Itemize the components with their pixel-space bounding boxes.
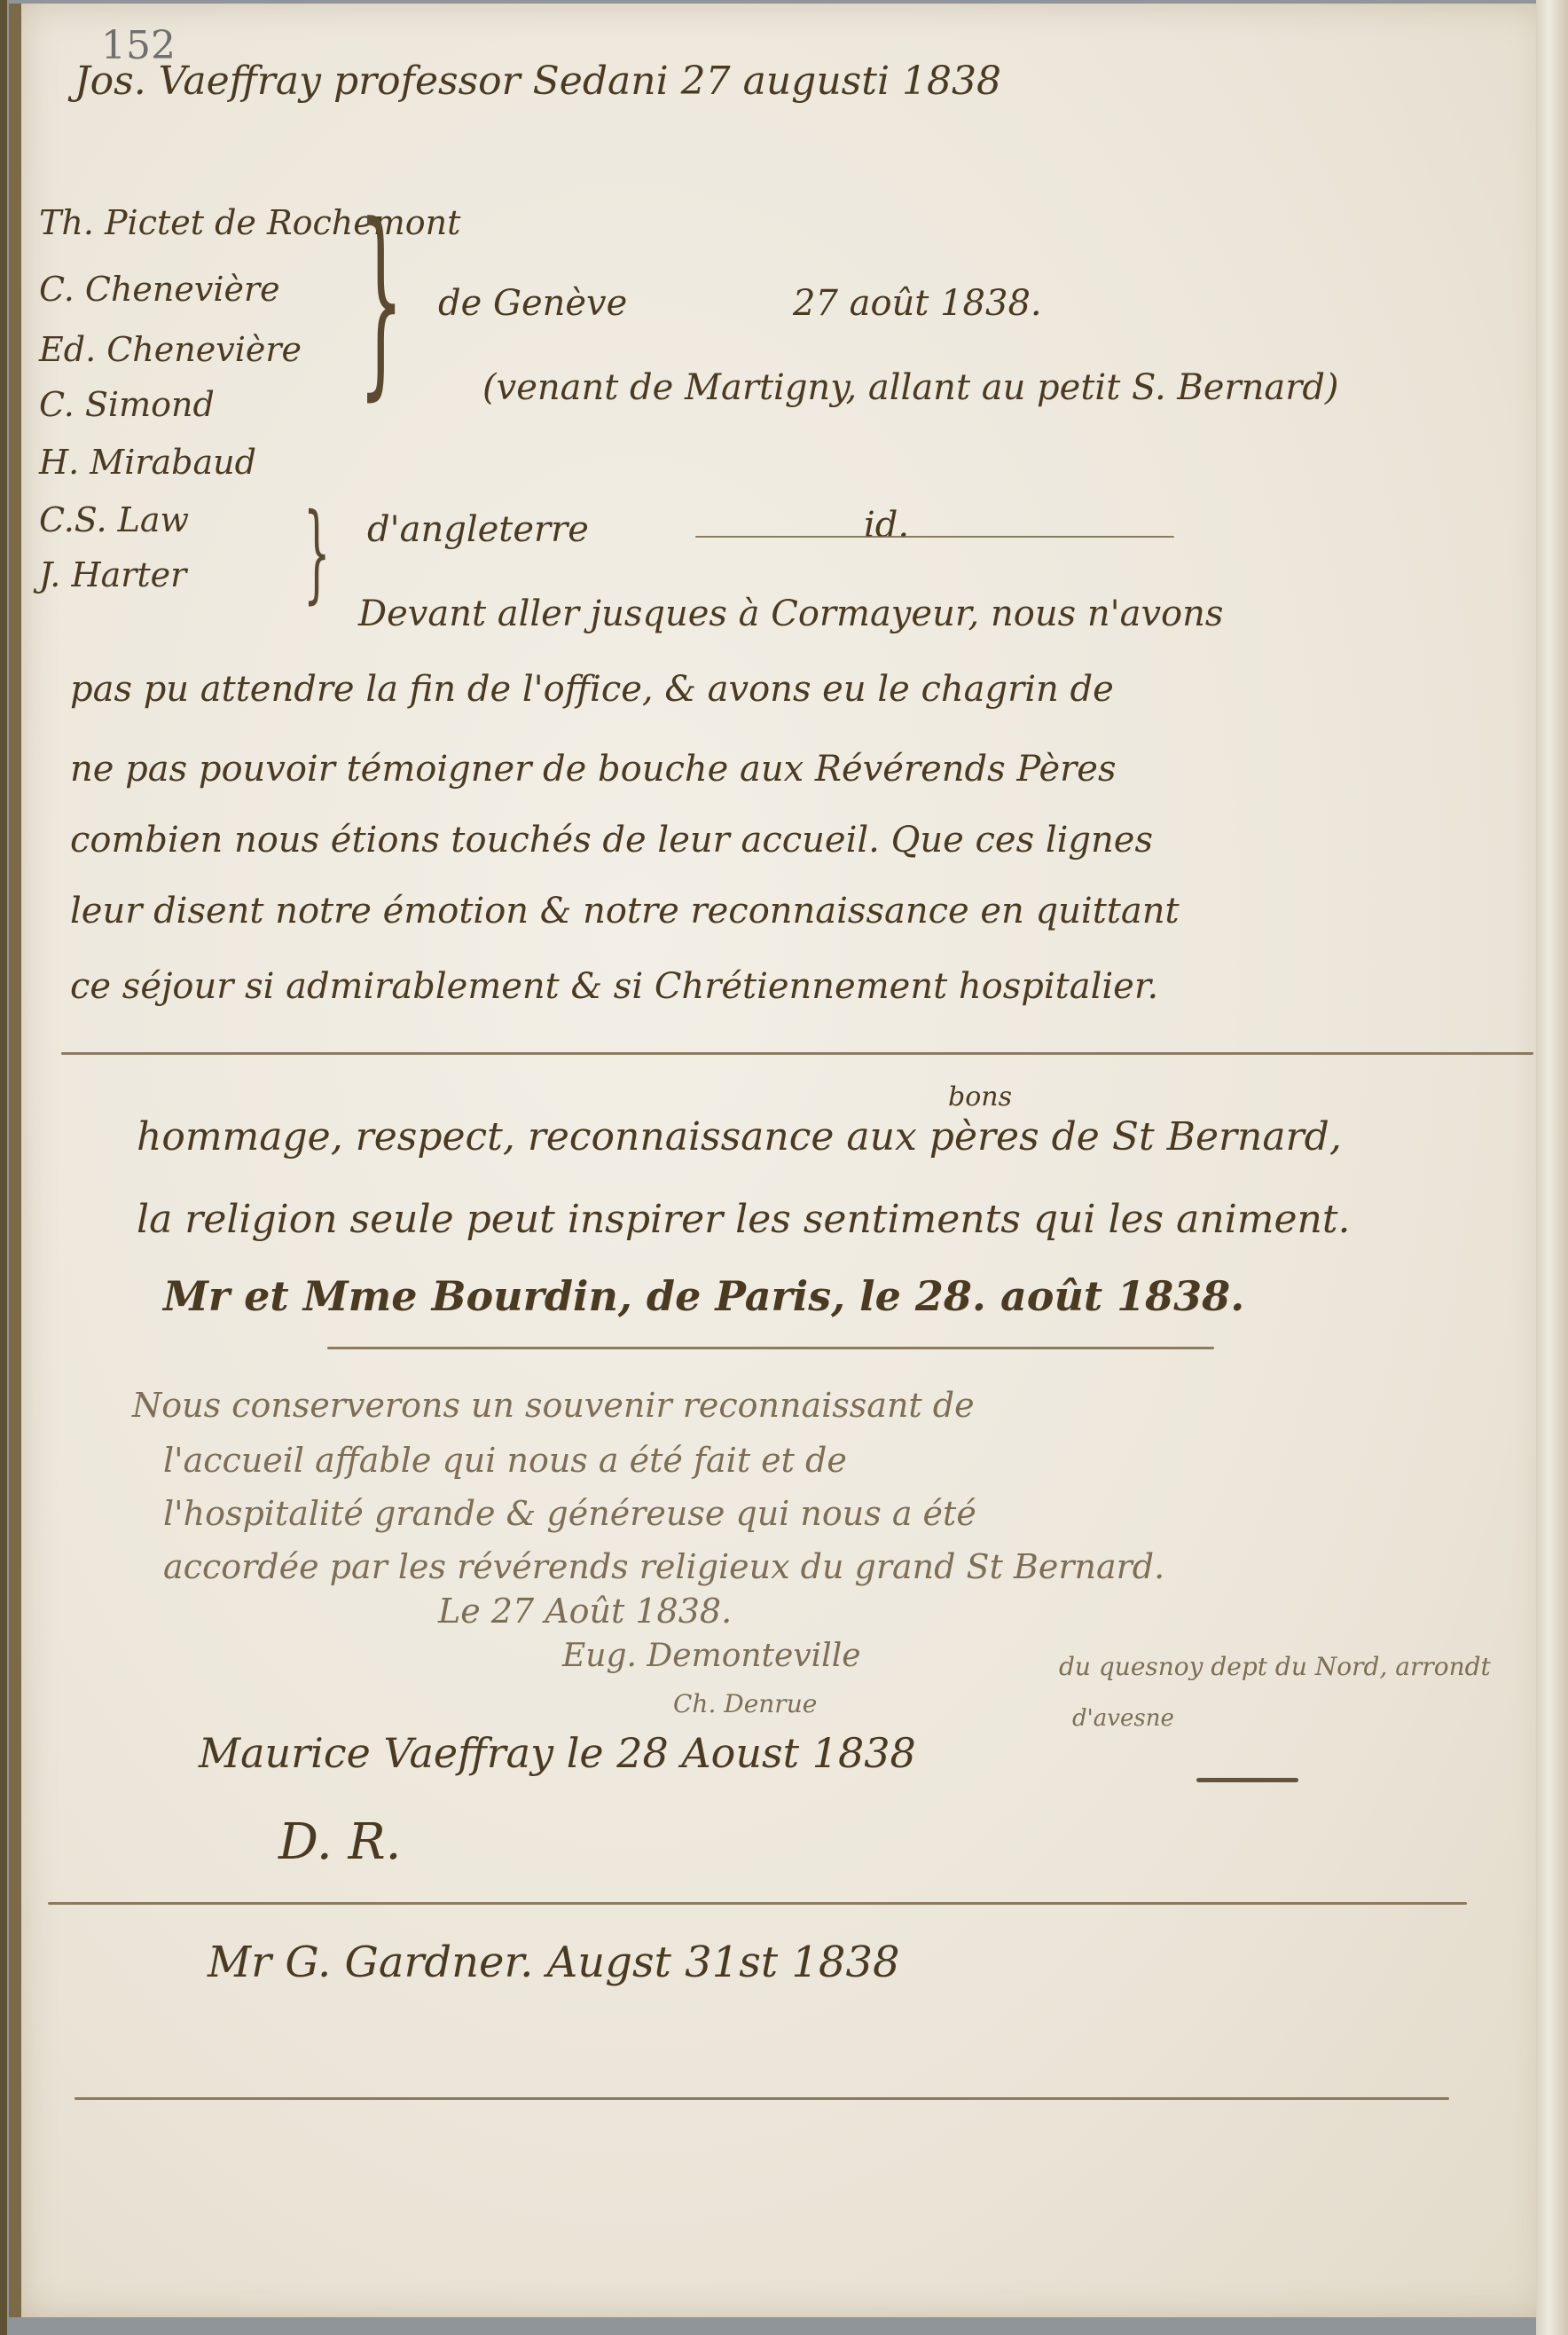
england-origin: d'angleterre: [367, 509, 589, 550]
text-line: hommage, respect, reconnaissance aux pèr…: [137, 1114, 1342, 1160]
signature-demonteville: Eug. Demonteville: [562, 1638, 861, 1674]
name-line: J. Harter: [39, 555, 186, 594]
geneva-note: (venant de Martigny, allant au petit S. …: [482, 367, 1339, 408]
entry-date: Le 27 Août 1838.: [438, 1592, 732, 1631]
name-line: C. Chenevière: [39, 270, 280, 309]
text-line: accordée par les révérends religieux du …: [163, 1547, 1164, 1586]
ditto-line: [695, 536, 1174, 538]
flourish-line: [1196, 1778, 1298, 1782]
side-note-2: d'avesne: [1072, 1705, 1174, 1732]
geneva-origin: de Genève: [438, 283, 627, 324]
england-date: id.: [864, 505, 909, 546]
divider-line: [48, 1902, 1467, 1905]
page-edge: [1536, 0, 1568, 2335]
brace-icon: }: [358, 199, 404, 403]
text-line: pas pu attendre la fin de l'office, & av…: [70, 669, 1114, 710]
text-line: Nous conserverons un souvenir reconnaiss…: [132, 1386, 975, 1425]
text-line: la religion seule peut inspirer les sent…: [137, 1197, 1351, 1242]
text-line: combien nous étions touchés de leur accu…: [70, 820, 1153, 861]
text-line: l'accueil affable qui nous a été fait et…: [163, 1441, 847, 1480]
name-line: Ed. Chenevière: [39, 330, 302, 369]
name-line: H. Mirabaud: [39, 443, 256, 482]
manuscript-page: 152 Jos. Vaeffray professor Sedani 27 au…: [9, 4, 1548, 2317]
signature-denrue: Ch. Denrue: [673, 1689, 817, 1718]
divider-line: [327, 1347, 1214, 1349]
geneva-date: 27 août 1838.: [793, 283, 1042, 324]
insertion-mark: bons: [948, 1081, 1012, 1112]
entry-vaeffray-1: Jos. Vaeffray professor Sedani 27 august…: [74, 59, 1001, 104]
side-note: du quesnoy dept du Nord, arrondt: [1059, 1652, 1491, 1681]
signature-bourdin: Mr et Mme Bourdin, de Paris, le 28. août…: [163, 1272, 1244, 1320]
name-line: C. Simond: [39, 385, 215, 424]
text-line: ne pas pouvoir témoigner de bouche aux R…: [70, 749, 1116, 790]
brace-icon: }: [303, 500, 331, 607]
book-binding: [0, 0, 7, 2335]
divider-line: [74, 2097, 1449, 2100]
name-line: C.S. Law: [39, 500, 189, 539]
text-line: Devant aller jusques à Cormayeur, nous n…: [358, 594, 1223, 634]
text-line: l'hospitalité grande & généreuse qui nou…: [163, 1494, 976, 1533]
text-line: ce séjour si admirablement & si Chrétien…: [70, 966, 1158, 1007]
initials-signature: D. R.: [278, 1813, 401, 1871]
divider-line: [61, 1052, 1533, 1055]
text-line: leur disent notre émotion & notre reconn…: [70, 891, 1180, 932]
entry-vaeffray-2: Maurice Vaeffray le 28 Aoust 1838: [199, 1729, 916, 1777]
entry-gardner: Mr G. Gardner. Augst 31st 1838: [208, 1938, 900, 1987]
